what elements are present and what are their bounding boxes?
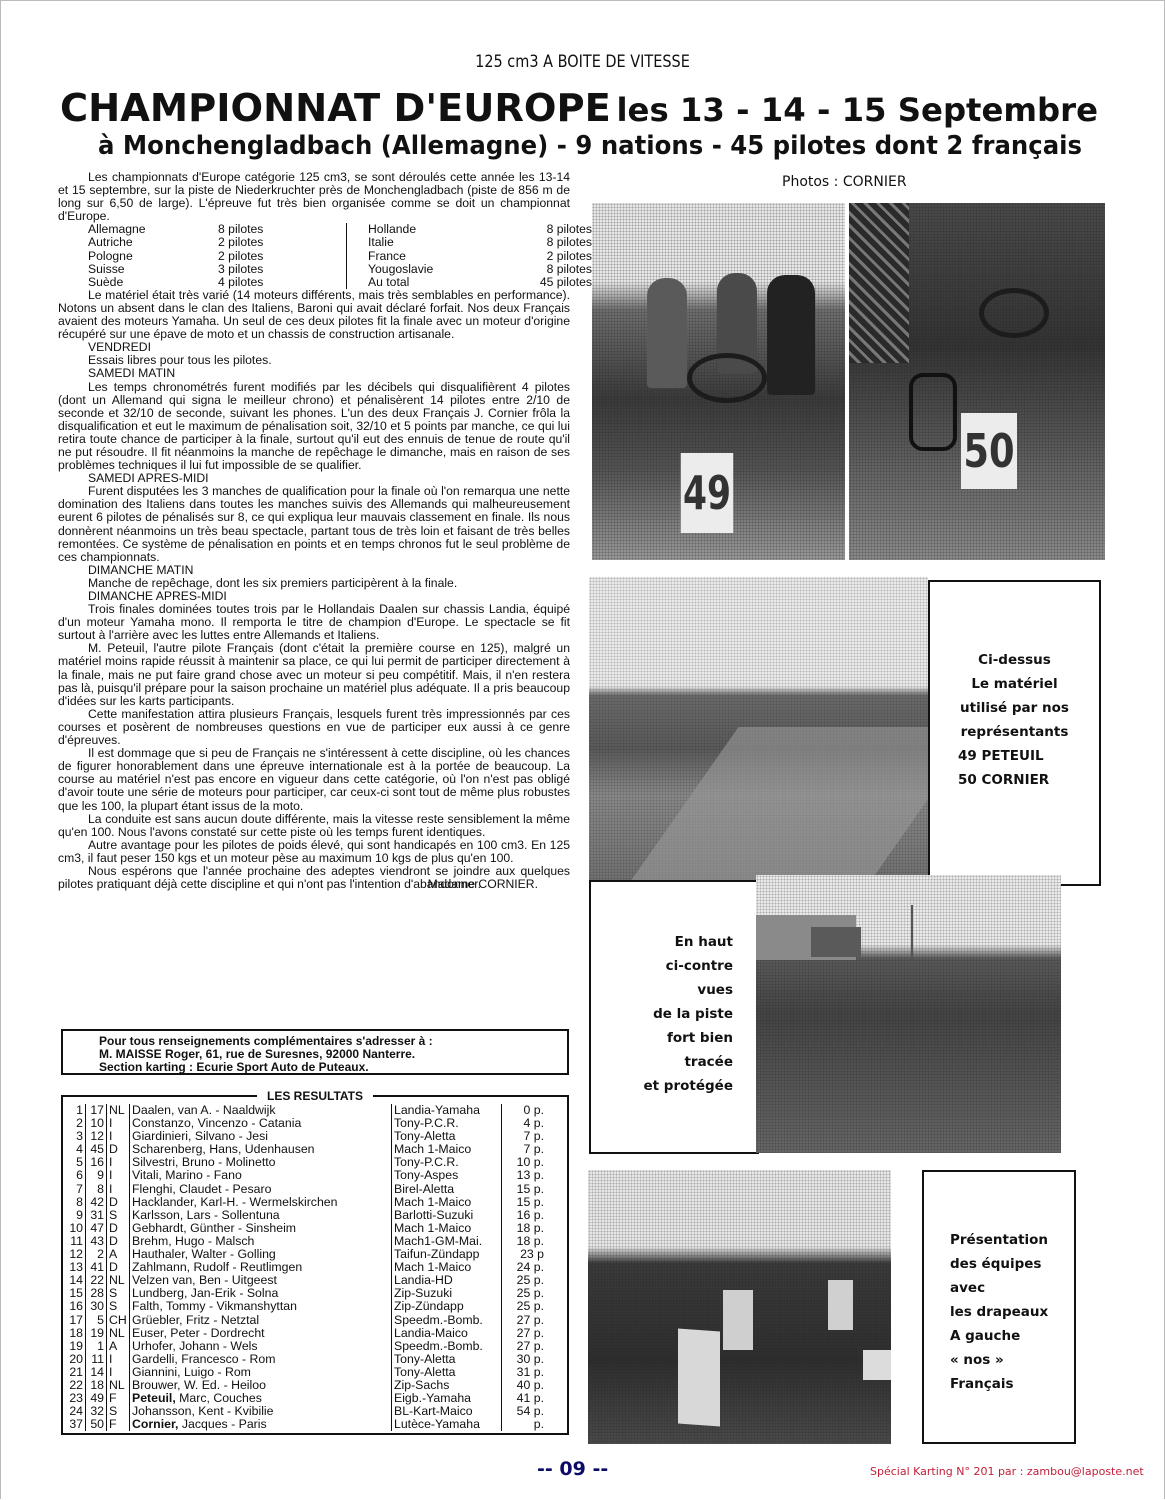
nation-country: Suisse [88, 263, 218, 276]
caption-line: Présentation [950, 1228, 1074, 1252]
results-title-text: LES RESULTATS [267, 1089, 363, 1103]
results-box: LES RESULTATS 117NLDaalen, van A. - Naal… [61, 1095, 569, 1435]
results-cell-kart: Tony-Aspes [392, 1169, 502, 1182]
results-row: 3750FCornier, Jacques - ParisLutèce-Yama… [67, 1418, 546, 1431]
caption-line: ci-contre [591, 954, 733, 978]
photo-kart-49: 49 [592, 203, 845, 560]
results-cell-kart: Landia-Maico [392, 1327, 502, 1340]
paragraph-manifestation: Cette manifestation attira plusieurs Fra… [58, 708, 570, 747]
caption-line: tracée [591, 1050, 733, 1074]
results-cell-nat: I [107, 1169, 130, 1182]
results-cell-pos: 19 [67, 1340, 86, 1353]
results-cell-kart: Tony-Aletta [392, 1353, 502, 1366]
photo-track-overview [589, 577, 928, 889]
caption-line: Français [950, 1372, 1074, 1396]
paragraph-samedi-apres-midi: Furent disputées les 3 manches de qualif… [58, 485, 570, 564]
results-cell-num: 19 [86, 1327, 107, 1340]
results-cell-pts: 25 p. [502, 1300, 547, 1313]
results-cell-pts: 27 p. [502, 1340, 547, 1353]
photo-kart-50: 50 [849, 203, 1105, 560]
results-title: LES RESULTATS [61, 1089, 569, 1103]
results-cell-kart: Barlotti-Suzuki [392, 1209, 502, 1222]
contact-box: Pour tous renseignements complémentaires… [61, 1029, 569, 1075]
results-cell-num: 11 [86, 1353, 107, 1366]
results-cell-num: 30 [86, 1300, 107, 1313]
caption-line: En haut [591, 930, 733, 954]
results-cell-kart: Tony-Aletta [392, 1366, 502, 1379]
nation-count: 45 pilotes [508, 276, 600, 289]
footer-credit: Spécial Karting N° 201 par : zambou@lapo… [870, 1465, 1144, 1478]
caption-materiel: Ci-dessus Le matériel utilisé par nos re… [928, 580, 1101, 886]
results-cell-num: 42 [86, 1196, 107, 1209]
results-row: 1630SFalth, Tommy - VikmanshyttanZip-Zün… [67, 1300, 546, 1313]
heading-samedi-matin: SAMEDI MATIN [58, 367, 570, 380]
photo-team-presentation [588, 1170, 891, 1444]
results-cell-nat: CH [107, 1314, 130, 1327]
results-cell-kart: Speedm.-Bomb. [392, 1314, 502, 1327]
results-row: 78IFlenghi, Claudet - PesaroBirel-Aletta… [67, 1183, 546, 1196]
results-cell-pts: 15 p. [502, 1196, 547, 1209]
page-title: CHAMPIONNAT D'EUROPE les 13 - 14 - 15 Se… [60, 86, 1098, 130]
results-cell-kart: Lutèce-Yamaha [392, 1418, 502, 1431]
results-cell-num: 9 [86, 1169, 107, 1182]
results-cell-pos: 7 [67, 1183, 86, 1196]
results-cell-kart: Mach 1-Maico [392, 1222, 502, 1235]
results-row: 175CHGrüebler, Fritz - NetztalSpeedm.-Bo… [67, 1314, 546, 1327]
results-cell-num: 50 [86, 1418, 107, 1431]
results-cell-name: Giannini, Luigo - Rom [130, 1366, 392, 1379]
results-cell-pos: 18 [67, 1327, 86, 1340]
paragraph-intro: Les championnats d'Europe catégorie 125 … [58, 171, 570, 223]
caption-line: de la piste [591, 1002, 733, 1026]
results-cell-pts: 18 p. [502, 1222, 547, 1235]
divider [346, 263, 368, 276]
nation-count: 2 pilotes [218, 236, 328, 249]
results-cell-num: 8 [86, 1183, 107, 1196]
results-row: 1047DGebhardt, Günther - SinsheimMach 1-… [67, 1222, 546, 1235]
driver-surname-highlight: Cornier, [132, 1417, 178, 1431]
results-cell-num: 1 [86, 1340, 107, 1353]
paragraph-dommage: Il est dommage que si peu de Français ne… [58, 747, 570, 812]
race-number-plate: 49 [681, 453, 734, 533]
results-cell-pts: p. [502, 1418, 547, 1431]
results-cell-pos: 9 [67, 1209, 86, 1222]
results-row: 931SKarlsson, Lars - SollentunaBarlotti-… [67, 1209, 546, 1222]
results-cell-nat: D [107, 1196, 130, 1209]
title-main: CHAMPIONNAT D'EUROPE [60, 86, 611, 130]
results-cell-pos: 6 [67, 1169, 86, 1182]
results-cell-name: Hacklander, Karl-H. - Wermelskirchen [130, 1196, 392, 1209]
caption-line: vues [591, 978, 733, 1002]
results-cell-kart: Zip-Zündapp [392, 1300, 502, 1313]
results-cell-name: Karlsson, Lars - Sollentuna [130, 1209, 392, 1222]
results-cell-kart: Birel-Aletta [392, 1183, 502, 1196]
paragraph-samedi-matin: Les temps chronométrés furent modifiés p… [58, 381, 570, 473]
nation-country: Autriche [88, 236, 218, 249]
results-cell-num: 31 [86, 1209, 107, 1222]
results-cell-num: 5 [86, 1314, 107, 1327]
caption-line: Ci-dessus [930, 648, 1099, 672]
divider [346, 236, 368, 249]
results-row: 191AUrhofer, Johann - WelsSpeedm.-Bomb.2… [67, 1340, 546, 1353]
results-cell-name: Gardelli, Francesco - Rom [130, 1353, 392, 1366]
results-cell-pos: 8 [67, 1196, 86, 1209]
results-cell-pts: 27 p. [502, 1327, 547, 1340]
results-row: 2114IGiannini, Luigo - RomTony-Aletta31 … [67, 1366, 546, 1379]
results-cell-name: Urhofer, Johann - Wels [130, 1340, 392, 1353]
results-cell-pts: 13 p. [502, 1169, 547, 1182]
nation-count: 8 pilotes [508, 263, 600, 276]
results-cell-nat: I [107, 1366, 130, 1379]
results-cell-kart: Speedm.-Bomb. [392, 1340, 502, 1353]
results-cell-pts: 30 p. [502, 1353, 547, 1366]
results-cell-nat: NL [107, 1327, 130, 1340]
caption-line: 50 CORNIER [930, 768, 1099, 792]
results-cell-pts: 15 p. [502, 1183, 547, 1196]
photo-track-karts [756, 875, 1061, 1153]
caption-line: utilisé par nos [930, 696, 1099, 720]
caption-line: « nos » [950, 1348, 1074, 1372]
results-cell-nat: S [107, 1300, 130, 1313]
divider [346, 250, 368, 263]
category-kicker: 125 cm3 A BOITE DE VITESSE [87, 52, 1077, 72]
results-row: 69IVitali, Marino - FanoTony-Aspes13 p. [67, 1169, 546, 1182]
driver-details: Marc, Couches [176, 1391, 262, 1405]
nation-country: France [368, 250, 508, 263]
results-cell-name: Euser, Peter - Dordrecht [130, 1327, 392, 1340]
paragraph-peteuil: M. Peteuil, l'autre pilote Français (don… [58, 642, 570, 707]
nation-count: 4 pilotes [218, 276, 328, 289]
results-cell-nat: D [107, 1222, 130, 1235]
driver-details: Jacques - Paris [178, 1417, 266, 1431]
nation-count: 3 pilotes [218, 263, 328, 276]
paragraph-dimanche-apres-midi: Trois finales dominées toutes trois par … [58, 603, 570, 642]
caption-line: et protégée [591, 1074, 733, 1098]
results-cell-name: Vitali, Marino - Fano [130, 1169, 392, 1182]
results-cell-pos: 21 [67, 1366, 86, 1379]
page-number: -- 09 -- [537, 1458, 608, 1480]
results-cell-nat: I [107, 1353, 130, 1366]
caption-line: avec [950, 1276, 1074, 1300]
results-cell-nat: A [107, 1340, 130, 1353]
driver-surname-highlight: Peteuil, [132, 1391, 176, 1405]
caption-line: les drapeaux [950, 1300, 1074, 1324]
results-cell-name: Grüebler, Fritz - Netztal [130, 1314, 392, 1327]
nation-country: Italie [368, 236, 508, 249]
results-cell-pos: 10 [67, 1222, 86, 1235]
nations-table: Allemagne 8 pilotes Hollande 8 pilotes A… [88, 223, 570, 288]
nation-country: Pologne [88, 250, 218, 263]
results-cell-pts: 31 p. [502, 1366, 547, 1379]
paragraph-materiel: Le matériel était très varié (14 moteurs… [58, 289, 570, 341]
divider [346, 276, 368, 289]
results-row: 2011IGardelli, Francesco - RomTony-Alett… [67, 1353, 546, 1366]
nation-count: 2 pilotes [508, 250, 600, 263]
race-number-plate: 50 [961, 413, 1017, 489]
divider [346, 223, 368, 236]
results-cell-nat: I [107, 1183, 130, 1196]
page-subtitle: à Monchengladbach (Allemagne) - 9 nation… [98, 131, 1082, 161]
results-table: 117NLDaalen, van A. - NaaldwijkLandia-Ya… [67, 1104, 546, 1431]
caption-line: des équipes [950, 1252, 1074, 1276]
results-cell-pts: 16 p. [502, 1209, 547, 1222]
caption-line: représentants [930, 720, 1099, 744]
results-cell-name: Falth, Tommy - Vikmanshyttan [130, 1300, 392, 1313]
paragraph-conduite: La conduite est sans aucun doute différe… [58, 813, 570, 839]
results-cell-pos: 20 [67, 1353, 86, 1366]
results-cell-nat: F [107, 1418, 130, 1431]
nation-country: Suède [88, 276, 218, 289]
results-cell-num: 47 [86, 1222, 107, 1235]
results-row: 1819NLEuser, Peter - DordrechtLandia-Mai… [67, 1327, 546, 1340]
caption-piste: En haut ci-contre vues de la piste fort … [589, 880, 759, 1154]
photo-credit: Photos : CORNIER [782, 174, 907, 190]
caption-line: Le matériel [930, 672, 1099, 696]
results-cell-name: Flenghi, Claudet - Pesaro [130, 1183, 392, 1196]
caption-line: A gauche [950, 1324, 1074, 1348]
nation-count: 2 pilotes [218, 250, 328, 263]
results-cell-pos: 16 [67, 1300, 86, 1313]
results-cell-name: Cornier, Jacques - Paris [130, 1418, 392, 1431]
contact-line: Section karting : Ecurie Sport Auto de P… [99, 1061, 567, 1074]
results-cell-pos: 37 [67, 1418, 86, 1431]
results-cell-kart: Mach 1-Maico [392, 1196, 502, 1209]
results-cell-nat: S [107, 1209, 130, 1222]
results-cell-pos: 17 [67, 1314, 86, 1327]
caption-line: 49 PETEUIL [930, 744, 1099, 768]
heading-dimanche-matin: DIMANCHE MATIN [58, 564, 570, 577]
title-dates: les 13 - 14 - 15 Septembre [616, 91, 1098, 129]
article-body: Les championnats d'Europe catégorie 125 … [58, 171, 570, 891]
nation-country: Yougoslavie [368, 263, 508, 276]
nation-country: Au total [368, 276, 508, 289]
caption-equipes: Présentation des équipes avec les drapea… [922, 1170, 1076, 1444]
caption-line: fort bien [591, 1026, 733, 1050]
paragraph-avantage: Autre avantage pour les pilotes de poids… [58, 839, 570, 865]
results-row: 842DHacklander, Karl-H. - Wermelskirchen… [67, 1196, 546, 1209]
results-cell-pts: 27 p. [502, 1314, 547, 1327]
results-cell-name: Gebhardt, Günther - Sinsheim [130, 1222, 392, 1235]
nation-count: 8 pilotes [508, 236, 600, 249]
results-cell-num: 14 [86, 1366, 107, 1379]
